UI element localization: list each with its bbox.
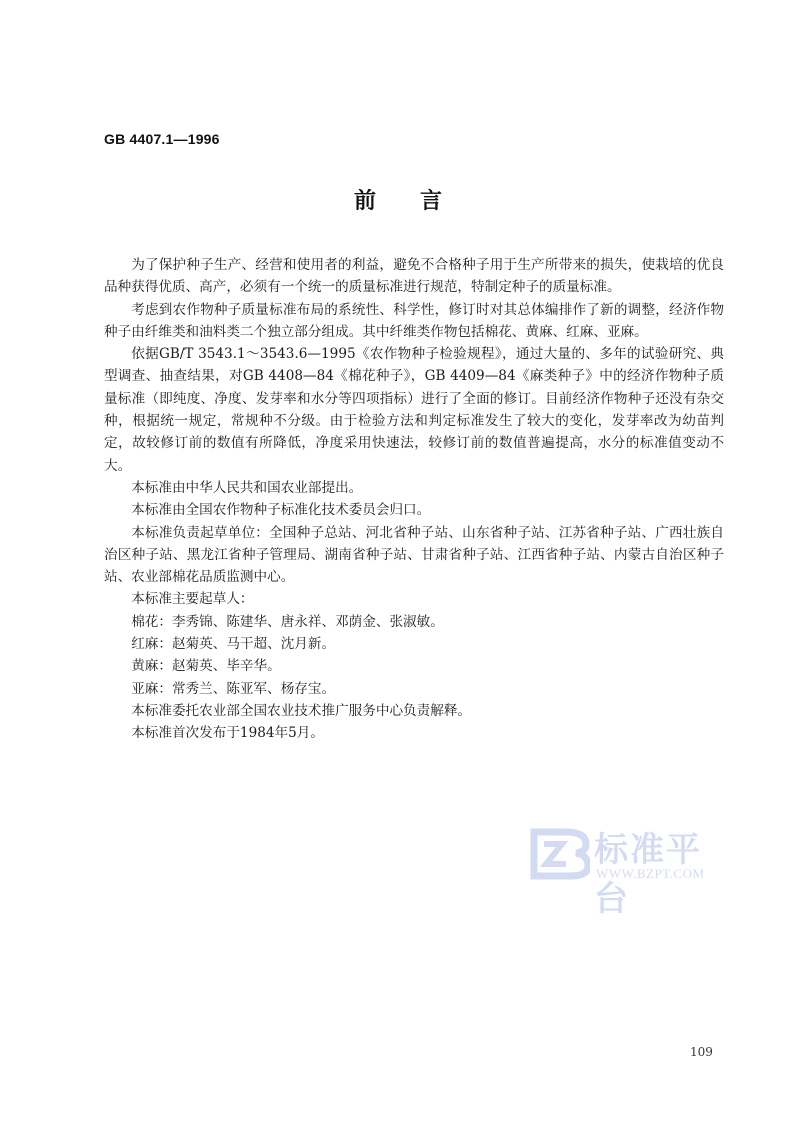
paragraph-interpretation: 本标准委托农业部全国农业技术推广服务中心负责解释。 [104, 700, 724, 722]
page-number: 109 [690, 1045, 713, 1059]
paragraph-proposer: 本标准由中华人民共和国农业部提出。 [104, 477, 724, 499]
standard-code: GB 4407.1—1996 [104, 131, 220, 147]
paragraph-basis: 依据GB/T 3543.1～3543.6—1995《农作物种子检验规程》，通过大… [104, 343, 724, 477]
paragraph-structure: 考虑到农作物种子质量标准布局的系统性、科学性，修订时对其总体编排作了新的调整，经… [104, 299, 724, 344]
watermark: 标准平台 WWW.BZPT.COM [526, 822, 736, 892]
paragraph-purpose: 为了保护种子生产、经营和使用者的利益，避免不合格种子用于生产所带来的损失，使栽培… [104, 254, 724, 299]
paragraph-drafters-heading: 本标准主要起草人： [104, 588, 724, 610]
drafters-jute: 黄麻：赵菊英、毕辛华。 [104, 655, 724, 677]
drafters-cotton: 棉花：李秀锦、陈建华、唐永祥、邓荫金、张淑敏。 [104, 611, 724, 633]
document-page: GB 4407.1—1996 前言 为了保护种子生产、经营和使用者的利益，避免不… [0, 0, 800, 1129]
drafters-kenaf: 红麻：赵菊英、马干超、沈月新。 [104, 633, 724, 655]
watermark-url: WWW.BZPT.COM [596, 866, 705, 882]
page-title: 前言 [354, 184, 486, 215]
drafters-flax: 亚麻：常秀兰、陈亚军、杨存宝。 [104, 678, 724, 700]
paragraph-first-published: 本标准首次发布于1984年5月。 [104, 722, 724, 744]
paragraph-centralized: 本标准由全国农作物种子标准化技术委员会归口。 [104, 499, 724, 521]
foreword-body: 为了保护种子生产、经营和使用者的利益，避免不合格种子用于生产所带来的损失，使栽培… [104, 254, 724, 745]
paragraph-drafting-units: 本标准负责起草单位：全国种子总站、河北省种子站、山东省种子站、江苏省种子站、广西… [104, 522, 724, 589]
bzpt-logo-icon [530, 826, 590, 880]
